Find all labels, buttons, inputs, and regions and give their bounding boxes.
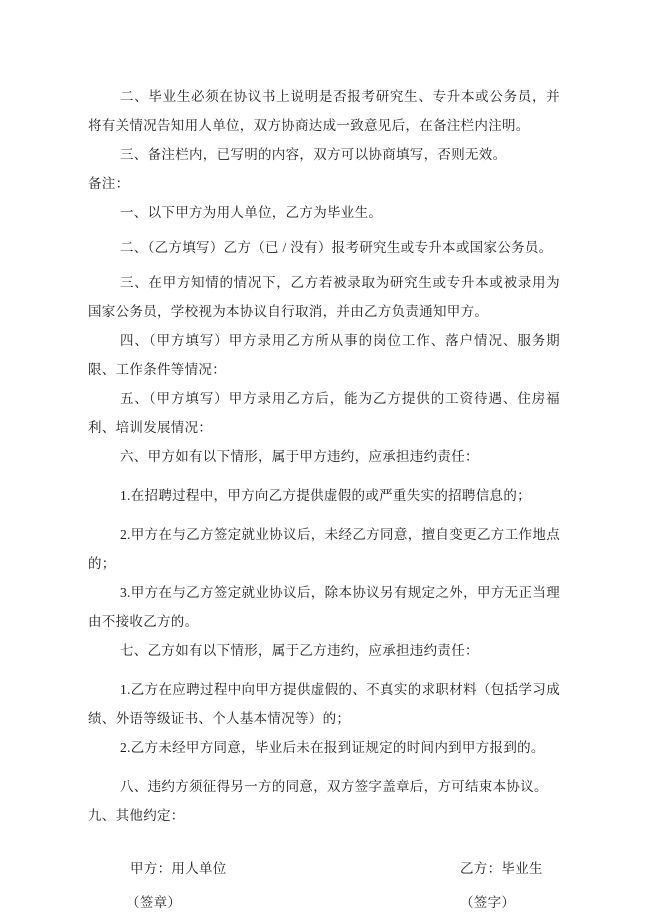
signature-labels-row: 甲方：用人单位 乙方：毕业生 xyxy=(88,854,560,883)
remark-clause-8: 八、违约方须征得另一方的同意，双方签字盖章后，方可结束本协议。 xyxy=(88,772,560,801)
party-a-breach-item-3: 3.甲方在与乙方签定就业协议后，除本协议另有规定之外，甲方无正当理由不接收乙方的… xyxy=(88,578,560,636)
remark-clause-2: 二、（乙方填写）乙方（已 / 没有）报考研究生或专升本或国家公务员。 xyxy=(88,233,560,262)
remark-clause-5: 五、（甲方填写）甲方录用乙方后，能为乙方提供的工资待遇、住房福利、培训发展情况： xyxy=(88,384,560,442)
remark-clause-4: 四、（甲方填写）甲方录用乙方所从事的岗位工作、落户情况、服务期限、工作条件等情况… xyxy=(88,326,560,384)
remarks-heading: 备注： xyxy=(88,169,560,198)
remark-clause-1: 一、以下甲方为用人单位，乙方为毕业生。 xyxy=(88,198,560,227)
document-body: 二、毕业生必须在协议书上说明是否报考研究生、专升本或公务员，并将有关情况告知用人… xyxy=(88,82,560,917)
signature-sublabels-row: （签章） （签字） xyxy=(88,888,560,917)
remark-clause-9: 九、其他约定： xyxy=(88,801,560,830)
party-a-signature-label: 甲方：用人单位 xyxy=(88,854,460,883)
party-b-breach-item-1: 1.乙方在应聘过程中向甲方提供虚假的、不真实的求职材料（包括学习成绩、外语等级证… xyxy=(88,675,560,733)
party-a-seal-label: （签章） xyxy=(88,888,460,917)
party-a-breach-item-2: 2.甲方在与乙方签定就业协议后，未经乙方同意，擅自变更乙方工作地点的； xyxy=(88,520,560,578)
remark-clause-3: 三、在甲方知情的情况下，乙方若被录取为研究生或专升本或被录用为国家公务员，学校视… xyxy=(88,268,560,326)
party-b-sign-label: （签字） xyxy=(460,888,560,917)
party-a-breach-item-1: 1.在招聘过程中，甲方向乙方提供虚假的或严重失实的招聘信息的； xyxy=(88,481,560,510)
party-b-breach-item-2: 2.乙方未经甲方同意，毕业后未在报到证规定的时间内到甲方报到的。 xyxy=(88,733,560,762)
remark-clause-7: 七、乙方如有以下情形，属于乙方违约，应承担违约责任： xyxy=(88,636,560,665)
clause-notice-2: 二、毕业生必须在协议书上说明是否报考研究生、专升本或公务员，并将有关情况告知用人… xyxy=(88,82,560,140)
document-page: 二、毕业生必须在协议书上说明是否报考研究生、专升本或公务员，并将有关情况告知用人… xyxy=(0,0,650,920)
clause-notice-3: 三、备注栏内，已写明的内容，双方可以协商填写，否则无效。 xyxy=(88,140,560,169)
party-b-signature-label: 乙方：毕业生 xyxy=(460,854,560,883)
signature-block: 甲方：用人单位 乙方：毕业生 （签章） （签字） xyxy=(88,854,560,917)
remark-clause-6: 六、甲方如有以下情形，属于甲方违约，应承担违约责任： xyxy=(88,442,560,471)
